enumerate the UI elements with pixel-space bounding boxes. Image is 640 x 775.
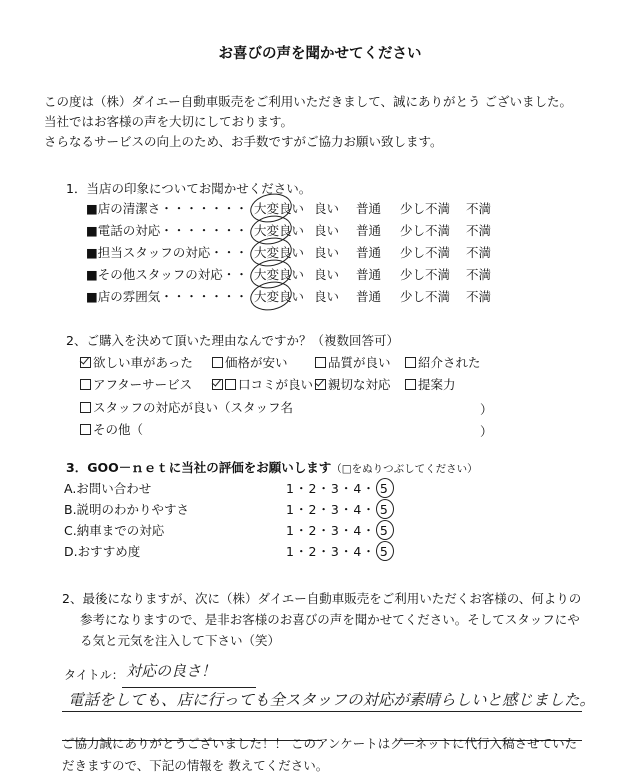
rating-scale[interactable]: 1・2・3・4・5 [286,521,389,539]
checkbox-icon [80,424,91,435]
option-good[interactable]: 良い [314,243,356,261]
checkbox-low-price[interactable]: 価格が安い [212,353,288,371]
option-slightly-dissatisfied[interactable]: 少し不満 [400,287,466,305]
option-very-good[interactable]: 大変良い [254,243,314,261]
rating-label: A.お問い合わせ [64,479,286,497]
option-normal[interactable]: 普通 [356,243,400,261]
option-dissatisfied[interactable]: 不満 [466,221,506,239]
comment-text[interactable]: 電話をしても、店に行っても全スタッフの対応が素晴らしいと感じました。 [68,688,595,710]
checkbox-icon [225,379,236,390]
checkbox-icon [405,357,416,368]
q1-row-label: ■その他スタッフの対応・・ [86,265,254,283]
checkbox-icon [405,379,416,390]
rating-selected: 5 [380,544,389,559]
title-value[interactable]: 対応の良さ！ [126,660,216,681]
option-very-good[interactable]: 大変良い [254,221,314,239]
option-dissatisfied[interactable]: 不満 [466,265,506,283]
rating-label: B.説明のわかりやすさ [64,500,286,518]
q1-row-phone: ■電話の対応・・・・・・・ 大変良い 良い 普通 少し不満 不満 [86,220,506,240]
rating-row-delivery: C.納車までの対応 1・2・3・4・5 [64,520,389,540]
option-normal[interactable]: 普通 [356,287,400,305]
rating-row-explanation: B.説明のわかりやすさ 1・2・3・4・5 [64,499,389,519]
option-good[interactable]: 良い [314,221,356,239]
checkbox-other[interactable]: その他（ [80,420,143,438]
q1-row-label: ■担当スタッフの対応・・・ [86,243,254,261]
rating-label: C.納車までの対応 [64,521,286,539]
q3-heading-note: （□をぬりつぶしてください） [331,463,477,475]
q4-line: る気と元気を注入して下さい（笑） [62,630,581,651]
option-dissatisfied[interactable]: 不満 [466,243,506,261]
option-very-good[interactable]: 大変良い [254,199,314,217]
checkbox-icon [212,357,223,368]
checkbox-kind-service[interactable]: 親切な対応 [315,375,391,393]
footer-line: ご協力誠にありがとうございました！！ このアンケートはグーネットに代行入稿させて… [62,733,577,755]
footer-line: だきますので、下記の情報を 教えてください。 [62,755,577,775]
rating-label: D.おすすめ度 [64,542,286,560]
q1-row-cleanliness: ■店の清潔さ・・・・・・・ 大変良い 良い 普通 少し不満 不満 [86,198,506,218]
rating-scale[interactable]: 1・2・3・4・5 [286,500,389,518]
title-label: タイトル： [64,666,124,683]
checkbox-icon [80,379,91,390]
checkbox-good-quality[interactable]: 品質が良い [315,353,391,371]
rating-row-inquiry: A.お問い合わせ 1・2・3・4・5 [64,478,389,498]
option-slightly-dissatisfied[interactable]: 少し不満 [400,265,466,283]
q2-heading: 2、ご購入を決めて頂いた理由なんですか？（複数回答可） [66,331,399,349]
option-slightly-dissatisfied[interactable]: 少し不満 [400,243,466,261]
intro-line: この度は（株）ダイエー自動車販売をご利用いただきまして、誠にありがとう ございま… [44,92,572,112]
q4-line: 参考になりますので、是非お客様のお喜びの声を聞かせてください。そしてスタッフにや [62,609,581,630]
checkbox-checked-icon [212,379,223,390]
option-very-good[interactable]: 大変良い [254,287,314,305]
page-title: お喜びの声を聞かせてください [0,42,640,63]
intro-text: この度は（株）ダイエー自動車販売をご利用いただきまして、誠にありがとう ございま… [44,92,572,152]
q3-heading: 3．GOO－ｎｅｔに当社の評価をお願いします（□をぬりつぶしてください） [66,458,478,476]
checkbox-good-reviews[interactable]: 口コミが良い [212,375,313,393]
rating-row-recommend: D.おすすめ度 1・2・3・4・5 [64,541,389,561]
option-slightly-dissatisfied[interactable]: 少し不満 [400,221,466,239]
rating-scale[interactable]: 1・2・3・4・5 [286,479,389,497]
option-dissatisfied[interactable]: 不満 [466,199,506,217]
checkbox-after-service[interactable]: アフターサービス [80,375,192,393]
rating-selected: 5 [380,523,389,538]
checkbox-wanted-car[interactable]: 欲しい車があった [80,353,193,371]
checkbox-icon [80,402,91,413]
option-good[interactable]: 良い [314,199,356,217]
option-slightly-dissatisfied[interactable]: 少し不満 [400,199,466,217]
option-good[interactable]: 良い [314,287,356,305]
q1-row-other-staff: ■その他スタッフの対応・・ 大変良い 良い 普通 少し不満 不満 [86,264,506,284]
rating-scale[interactable]: 1・2・3・4・5 [286,542,389,560]
footer-text: ご協力誠にありがとうございました！！ このアンケートはグーネットに代行入稿させて… [62,733,577,775]
option-dissatisfied[interactable]: 不満 [466,287,506,305]
option-good[interactable]: 良い [314,265,356,283]
intro-line: さらなるサービスの向上のため、お手数ですがご協力お願い致します。 [44,132,572,152]
option-normal[interactable]: 普通 [356,265,400,283]
checkbox-checked-icon [315,379,326,390]
q4-line: 2、最後になりますが、次に（株）ダイエー自動車販売をご利用いただくお客様の、何よ… [62,588,581,609]
option-normal[interactable]: 普通 [356,221,400,239]
q1-row-atmosphere: ■店の雰囲気・・・・・・・ 大変良い 良い 普通 少し不満 不満 [86,286,506,306]
q1-row-label: ■店の雰囲気・・・・・・・ [86,287,254,305]
rating-selected: 5 [380,502,389,517]
checkbox-icon [315,357,326,368]
q1-row-label: ■店の清潔さ・・・・・・・ [86,199,254,217]
checkbox-proposal-ability[interactable]: 提案力 [405,375,456,393]
q4-prompt: 2、最後になりますが、次に（株）ダイエー自動車販売をご利用いただくお客様の、何よ… [62,588,581,651]
comment-underline [62,711,582,712]
checkbox-referred[interactable]: 紹介された [405,353,481,371]
option-very-good[interactable]: 大変良い [254,265,314,283]
q1-heading: 1．当店の印象についてお聞かせください。 [66,179,311,197]
rating-selected: 5 [380,481,389,496]
q1-row-label: ■電話の対応・・・・・・・ [86,221,254,239]
intro-line: 当社ではお客様の声を大切にしております。 [44,112,572,132]
close-paren: ） [480,400,493,418]
close-paren: ） [480,422,493,440]
checkbox-checked-icon [80,357,91,368]
q1-row-staff-in-charge: ■担当スタッフの対応・・・ 大変良い 良い 普通 少し不満 不満 [86,242,506,262]
option-normal[interactable]: 普通 [356,199,400,217]
checkbox-good-staff[interactable]: スタッフの対応が良い（スタッフ名 [80,398,293,416]
